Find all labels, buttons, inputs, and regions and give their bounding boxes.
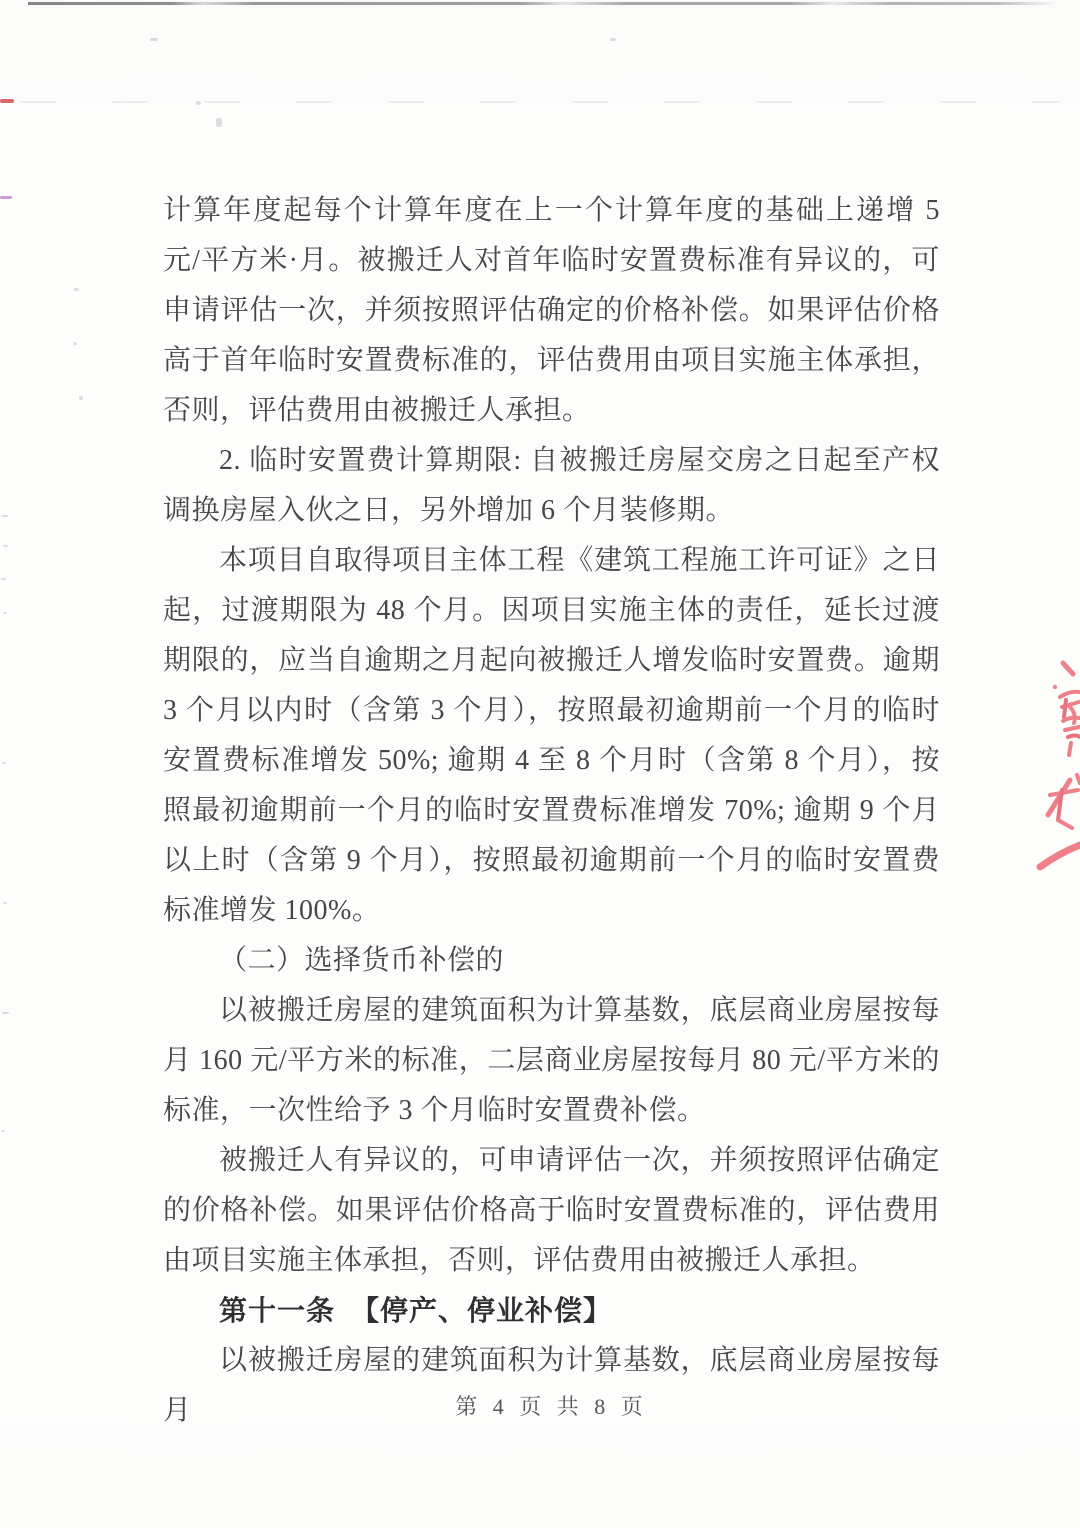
- scan-speck: [216, 118, 222, 127]
- document-body: 计算年度起每个计算年度在上一个计算年度的基础上递增 5 元/平方米·月。被搬迁人…: [163, 186, 940, 1436]
- scan-speck: [2, 1012, 9, 1014]
- article-11-heading: 第十一条【停产、停业补偿】: [163, 1286, 940, 1336]
- article-number: 第十一条: [219, 1295, 335, 1326]
- scan-speck: [1, 1130, 5, 1132]
- page-number-footer: 第 4 页 共 8 页: [163, 1390, 940, 1421]
- scan-speck: [73, 342, 77, 345]
- scan-speck: [3, 545, 8, 547]
- scan-speck: [79, 396, 83, 400]
- scan-speck: [610, 38, 616, 41]
- scan-speck: [1, 578, 6, 580]
- scan-speck: [196, 101, 201, 105]
- scan-speck: [2, 762, 6, 764]
- paragraph-continuation: 计算年度起每个计算年度在上一个计算年度的基础上递增 5 元/平方米·月。被搬迁人…: [163, 186, 940, 436]
- paragraph-settlement-period: 2. 临时安置费计算期限: 自被搬迁房屋交房之日起至产权调换房屋入伙之日，另外增…: [163, 436, 940, 536]
- article-title: 【停产、停业补偿】: [351, 1295, 612, 1326]
- scanned-document-page: 计算年度起每个计算年度在上一个计算年度的基础上递增 5 元/平方米·月。被搬迁人…: [0, 0, 1080, 1528]
- paragraph-appraisal-objection: 被搬迁人有异议的，可申请评估一次，并须按照评估确定的价格补偿。如果评估价格高于临…: [163, 1136, 940, 1286]
- paragraph-monetary-standard: 以被搬迁房屋的建筑面积为计算基数，底层商业房屋按每月 160 元/平方米的标准，…: [163, 986, 940, 1136]
- paragraph-after-heading: 以被搬迁房屋的建筑面积为计算基数，底层商业房屋按每月: [163, 1336, 940, 1436]
- scan-artifact-purple-dash: [0, 196, 12, 199]
- scan-speck: [2, 515, 8, 517]
- paragraph-subheading-monetary: （二）选择货币补偿的: [163, 936, 940, 986]
- scan-speck: [74, 288, 79, 291]
- scan-artifact-red-dash: [0, 99, 14, 103]
- scan-speck: [150, 38, 158, 41]
- scan-speck: [3, 612, 7, 614]
- scan-artifact-top-edge-line: [28, 2, 1058, 5]
- red-stamp-fragment: [1035, 655, 1080, 880]
- scan-artifact-faint-dotted-line: [20, 101, 1060, 103]
- scan-speck: [3, 902, 7, 904]
- paragraph-transition-period: 本项目自取得项目主体工程《建筑工程施工许可证》之日起，过渡期限为 48 个月。因…: [163, 536, 940, 936]
